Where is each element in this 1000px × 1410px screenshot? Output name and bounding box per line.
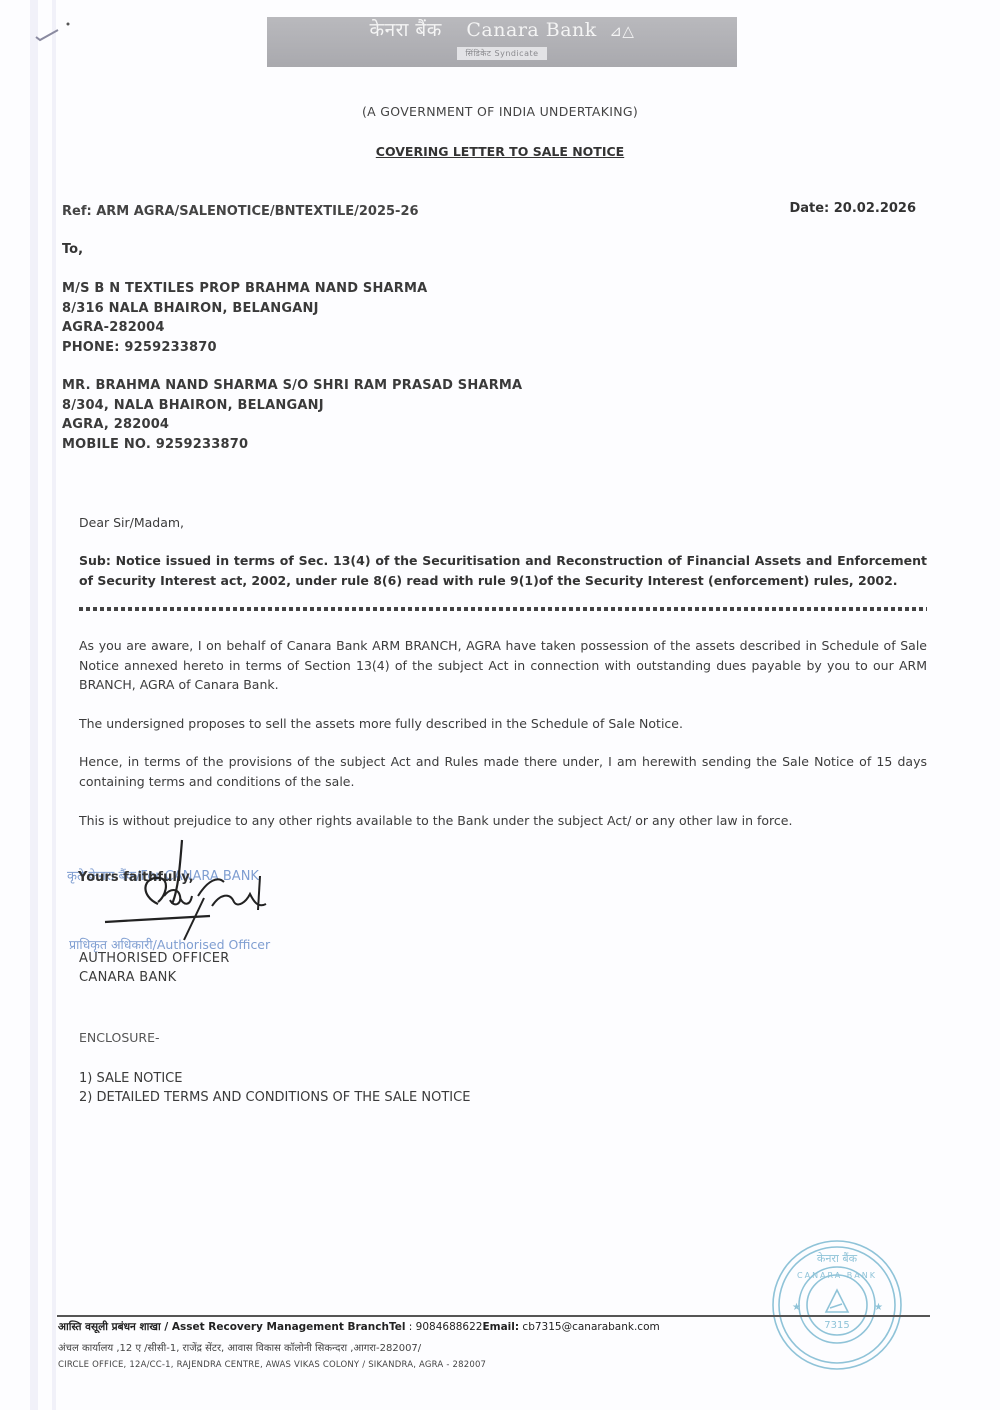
branch-name: Asset Recovery Management Branch bbox=[172, 1321, 389, 1333]
enclosure-item: 2) DETAILED TERMS AND CONDITIONS OF THE … bbox=[79, 1088, 470, 1107]
footer-address-hindi: अंचल कार्यालय ,12 ए /सीसी-1, राजेंद्र से… bbox=[58, 1340, 421, 1354]
address-line: MR. BRAHMA NAND SHARMA S/O SHRI RAM PRAS… bbox=[62, 376, 522, 396]
canara-logo-icon: ⊿△ bbox=[609, 21, 634, 41]
undertaking-line: (A GOVERNMENT OF INDIA UNDERTAKING) bbox=[0, 104, 1000, 119]
email-address: cb7315@canarabank.com bbox=[519, 1321, 660, 1333]
enclosure-label: ENCLOSURE- bbox=[79, 1030, 160, 1045]
address-line: AGRA-282004 bbox=[62, 318, 427, 338]
scan-artifact bbox=[30, 0, 38, 1410]
seal-ring-text: CANARA BANK bbox=[797, 1271, 877, 1280]
addressee-1: M/S B N TEXTILES PROP BRAHMA NAND SHARMA… bbox=[62, 279, 427, 357]
enclosure-list: 1) SALE NOTICE 2) DETAILED TERMS AND CON… bbox=[79, 1069, 470, 1107]
sub-brand-hindi: सिंडिकेट bbox=[465, 49, 491, 58]
letter-date: Date: 20.02.2026 bbox=[789, 201, 916, 216]
footer-branch-line: आस्ति वसूली प्रबंधन शाखा / Asset Recover… bbox=[58, 1320, 660, 1334]
svg-text:★: ★ bbox=[792, 1302, 801, 1313]
scan-artifact bbox=[52, 0, 56, 1410]
paragraph-proposal: The undersigned proposes to sell the ass… bbox=[79, 714, 927, 734]
subject-line: Sub: Notice issued in terms of Sec. 13(4… bbox=[79, 551, 927, 590]
svg-text:★: ★ bbox=[874, 1302, 883, 1313]
bank-name-hindi: केनरा बैंक bbox=[370, 19, 442, 41]
salutation: Dear Sir/Madam, bbox=[79, 513, 927, 533]
dotted-separator bbox=[79, 607, 927, 611]
sub-brand: Syndicate bbox=[495, 49, 539, 58]
footer-address: CIRCLE OFFICE, 12A/CC-1, RAJENDRA CENTRE… bbox=[58, 1360, 486, 1370]
officer-title: AUTHORISED OFFICER bbox=[79, 951, 230, 966]
paragraph-sale-notice: Hence, in terms of the provisions of the… bbox=[79, 752, 927, 791]
tel-label: Tel bbox=[389, 1321, 406, 1333]
paragraph-prejudice: This is without prejudice to any other r… bbox=[79, 811, 927, 831]
footer-divider bbox=[57, 1315, 930, 1317]
reference-number: Ref: ARM AGRA/SALENOTICE/BNTEXTILE/2025-… bbox=[62, 204, 419, 219]
email-label: Email: bbox=[482, 1321, 519, 1333]
letterhead: केनरा बैंक Canara Bank ⊿△ सिंडिकेट Syndi… bbox=[267, 17, 737, 67]
branch-hindi: आस्ति वसूली प्रबंधन शाखा / bbox=[58, 1321, 172, 1333]
signature bbox=[100, 836, 290, 941]
branch-seal: केनरा बैंक CANARA BANK 7315 ★ ★ bbox=[770, 1238, 904, 1372]
address-line: MOBILE NO. 9259233870 bbox=[62, 435, 522, 455]
to-label: To, bbox=[62, 242, 83, 257]
syndicate-badge: सिंडिकेट Syndicate bbox=[457, 47, 546, 60]
paragraph-possession: As you are aware, I on behalf of Canara … bbox=[79, 636, 927, 695]
addressee-2: MR. BRAHMA NAND SHARMA S/O SHRI RAM PRAS… bbox=[62, 376, 522, 454]
address-line: PHONE: 9259233870 bbox=[62, 338, 427, 358]
tel-number: : 9084688622 bbox=[405, 1321, 482, 1333]
address-line: 8/316 NALA BHAIRON, BELANGANJ bbox=[62, 299, 427, 319]
address-line: AGRA, 282004 bbox=[62, 415, 522, 435]
officer-bank: CANARA BANK bbox=[79, 970, 176, 985]
address-line: M/S B N TEXTILES PROP BRAHMA NAND SHARMA bbox=[62, 279, 427, 299]
enclosure-item: 1) SALE NOTICE bbox=[79, 1069, 470, 1088]
address-line: 8/304, NALA BHAIRON, BELANGANJ bbox=[62, 396, 522, 416]
document-title: COVERING LETTER TO SALE NOTICE bbox=[0, 144, 1000, 159]
seal-branch-code: 7315 bbox=[824, 1320, 849, 1331]
seal-top-text: केनरा बैंक bbox=[817, 1252, 858, 1265]
pen-mark bbox=[34, 22, 74, 42]
bank-name: Canara Bank bbox=[466, 19, 596, 41]
